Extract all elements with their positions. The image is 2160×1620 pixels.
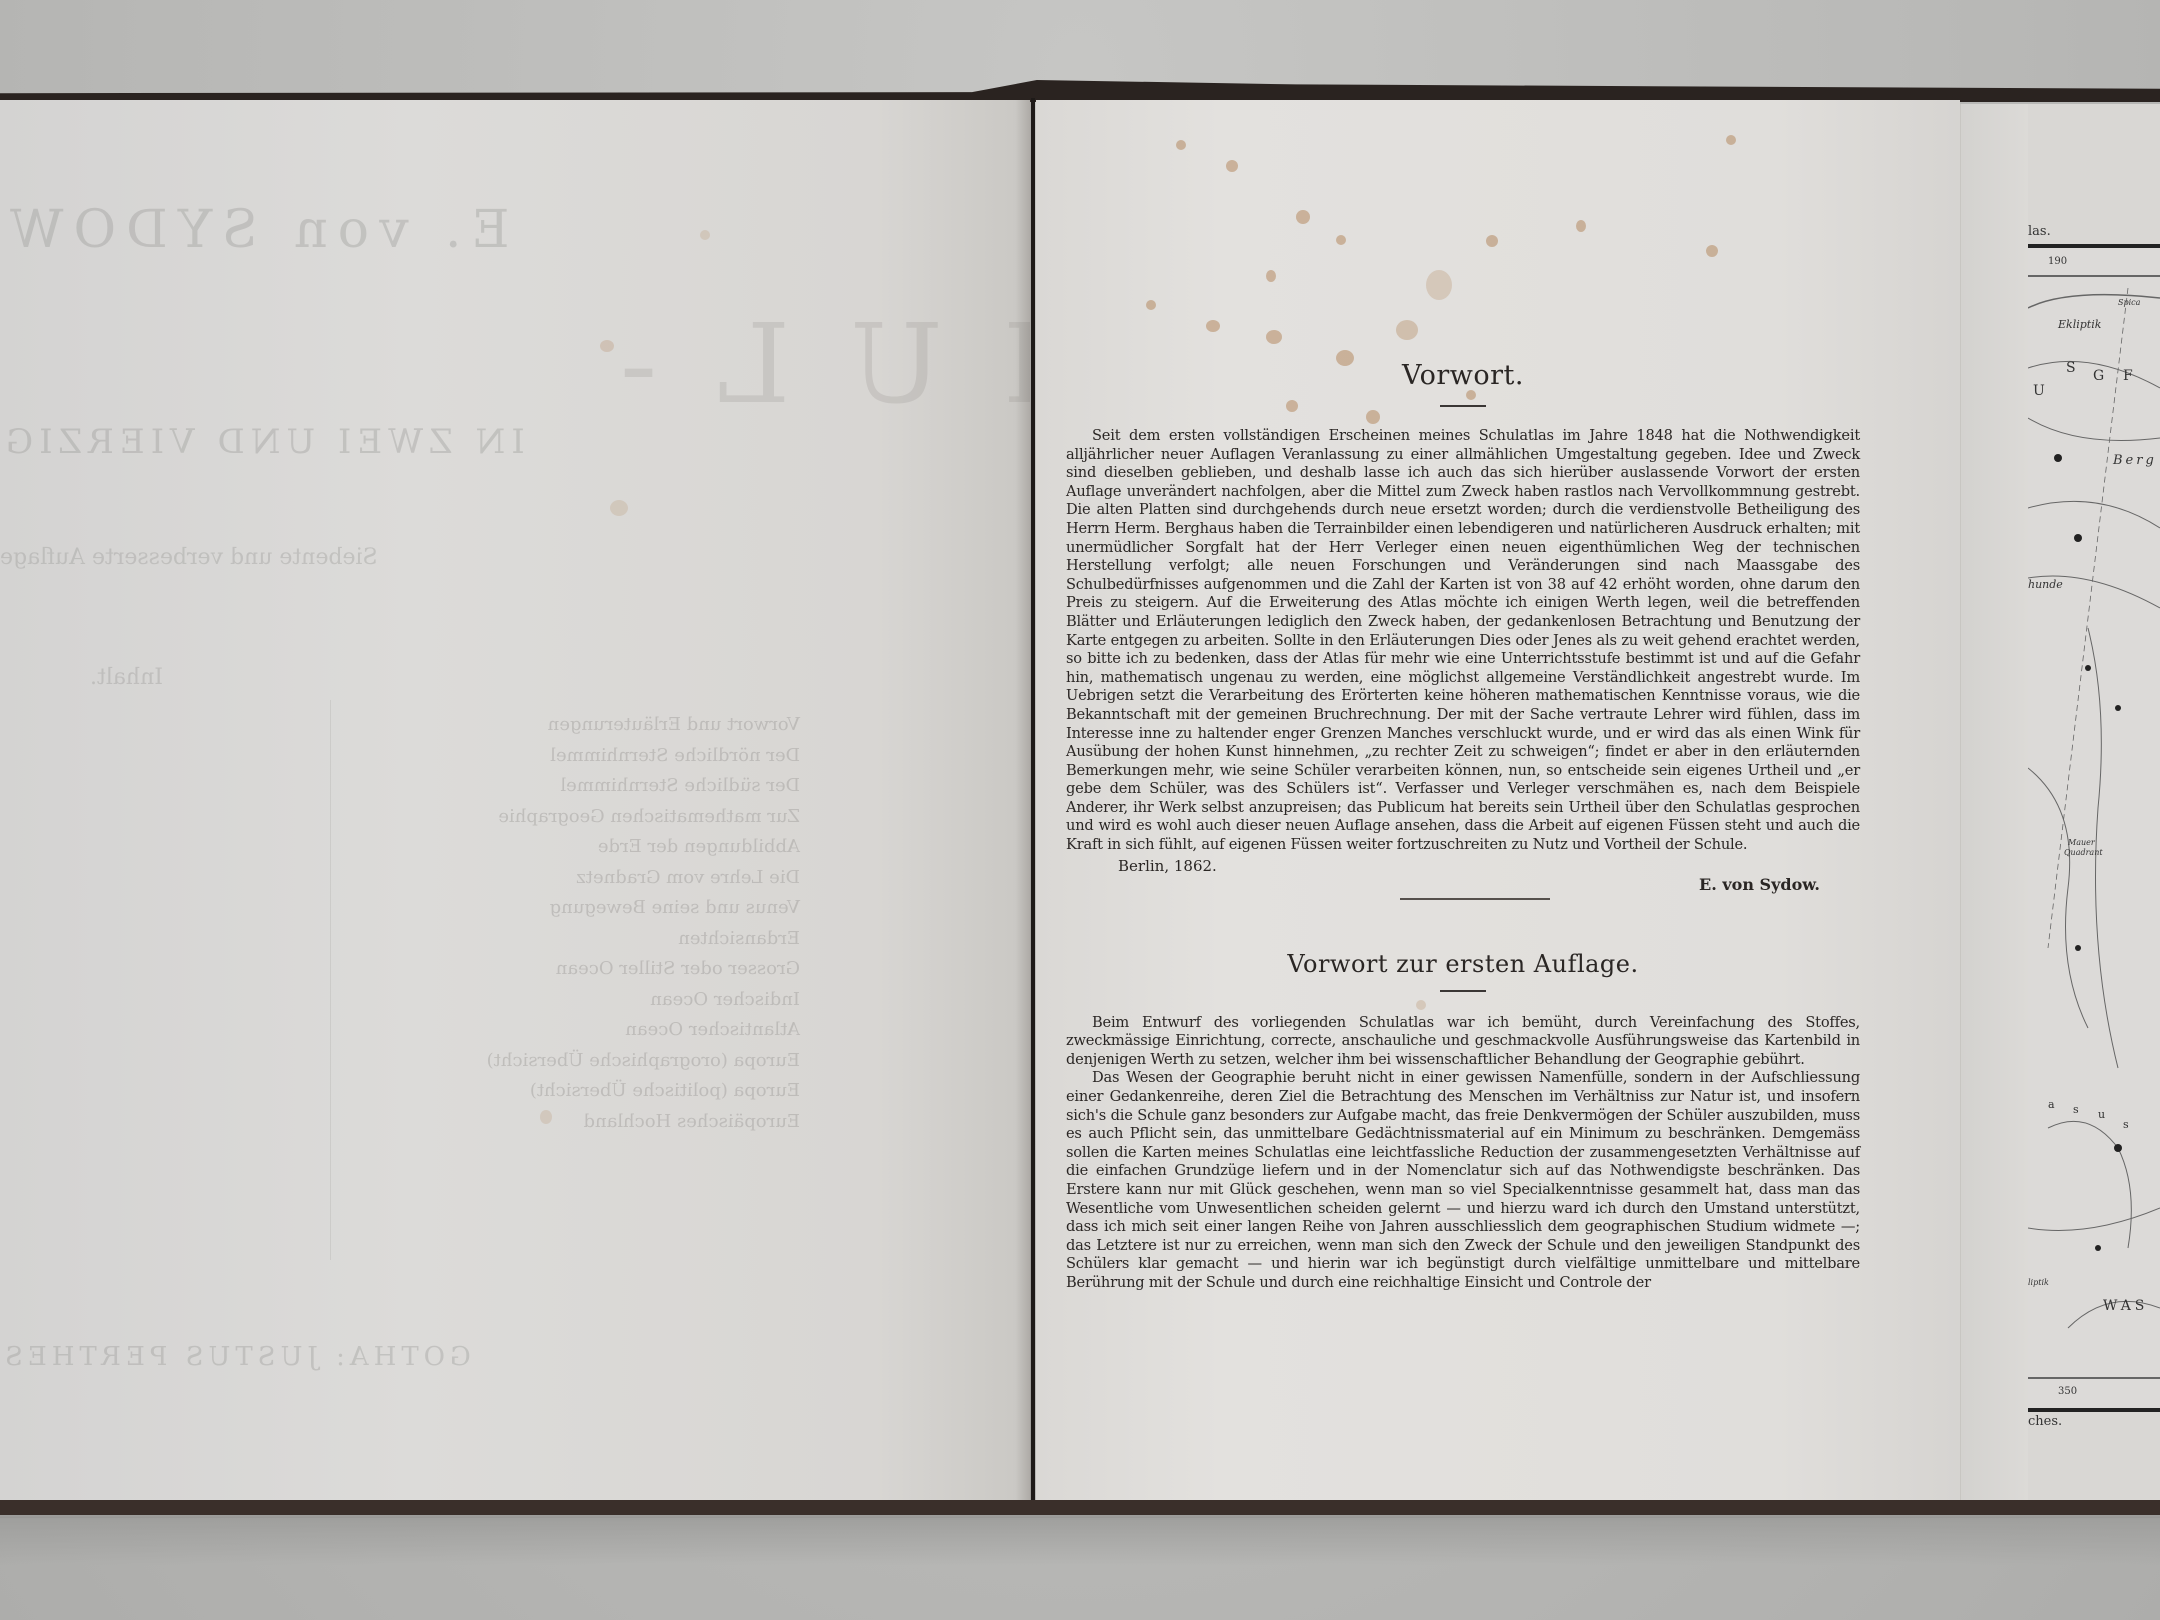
map-label: U [2033, 383, 2051, 399]
show-through-author: E. von SYDOW [0, 200, 509, 260]
foxing-spot [1226, 160, 1238, 172]
map-label: F [2123, 368, 2133, 384]
preface-heading: Vorwort. [1066, 360, 1860, 391]
map-top-caption: las. [2028, 224, 2051, 239]
map-label-ekliptik-lower: liptik [2028, 1278, 2049, 1287]
map-bottom-caption: ches. [2028, 1414, 2062, 1429]
show-through-contents-column-2 [0, 700, 331, 1260]
right-page-fold-edge [1960, 104, 2029, 1504]
foxing-spot [1266, 270, 1276, 282]
map-label: Quadrant [2064, 848, 2103, 857]
foxing-spot [1576, 220, 1586, 232]
map-label-berg: Berg [2113, 453, 2157, 468]
left-page: E. von SYDOW SCHUL- IN ZWEI UND VIERZIG … [0, 100, 1030, 1505]
star-map-fragment: las. 190 Ekliptik Spica U S [2028, 104, 2160, 1504]
contents-item: Zur mathematischen Geographie [470, 802, 800, 833]
book-gutter [1031, 98, 1035, 1508]
foxing-spot [1726, 135, 1736, 145]
heading-rule [1440, 990, 1486, 992]
map-label-was: WAS [2103, 1298, 2148, 1314]
contents-item: Venus und seine Bewegung [470, 893, 800, 924]
first-edition-paragraph: Beim Entwurf des vorliegenden Schulatlas… [1066, 1014, 1860, 1070]
foxing-spot [1486, 235, 1498, 247]
book-shadow [0, 1515, 2160, 1565]
contents-item: Erdansichten [470, 924, 800, 955]
contents-item: Die Lehre vom Gradnetz [470, 863, 800, 894]
map-label-ekliptik: Ekliptik [2058, 318, 2101, 331]
foxing-spot [1146, 300, 1156, 310]
map-label: Mauer [2068, 838, 2095, 847]
map-label: G [2093, 368, 2104, 384]
signature: E. von Sydow. [1066, 875, 1860, 894]
show-through-publisher: GOTHA: JUSTUS PERTHES [0, 1342, 471, 1372]
map-frame: 190 Ekliptik Spica U S G F Berg Mauer Qu… [2028, 244, 2160, 1412]
map-scale-top: 190 [2048, 256, 2067, 267]
contents-item: Abbildungen der Erde [470, 832, 800, 863]
show-through-subtitle: IN ZWEI UND VIERZIG [0, 422, 525, 462]
contents-item: Der südliche Sternhimmel [470, 771, 800, 802]
contents-item: Europa (politische Übersicht) [470, 1076, 800, 1107]
map-label: s [2073, 1103, 2079, 1116]
map-label: u [2098, 1108, 2105, 1121]
show-through-title: SCHUL- [560, 300, 1030, 428]
map-scale-bottom: 350 [2058, 1386, 2077, 1397]
contents-item: Grosser oder Stiller Ocean [470, 954, 800, 985]
map-label-hunde: hunde [2028, 578, 2063, 591]
place-date: Berlin, 1862. [1118, 857, 1860, 875]
show-through-edition: Siebente und verbesserte Auflage [0, 545, 378, 570]
foxing-spot [600, 340, 614, 352]
contents-item: Europäisches Hochland [470, 1107, 800, 1138]
foxing-spot [1336, 235, 1346, 245]
contents-item: Atlantischer Ocean [470, 1015, 800, 1046]
foxing-spot [1426, 270, 1452, 300]
first-edition-paragraph: Das Wesen der Geographie beruht nicht in… [1066, 1069, 1860, 1292]
foxing-spot [1296, 210, 1310, 224]
map-label: S [2066, 360, 2076, 376]
foxing-spot [1396, 320, 1418, 340]
contents-item: Indischer Ocean [470, 985, 800, 1016]
map-label: s [2123, 1118, 2129, 1131]
show-through-contents: Vorwort und Erläuterungen Der nördliche … [470, 710, 800, 1137]
foxing-spot [1176, 140, 1186, 150]
foxing-spot [1206, 320, 1220, 332]
foxing-spot [700, 230, 710, 240]
foxing-spot [1266, 330, 1282, 344]
constellation-lines [2028, 248, 2160, 1408]
preface-text-block: Vorwort. Seit dem ersten vollständigen E… [1066, 360, 1860, 1293]
foxing-spot [1706, 245, 1718, 257]
heading-rule [1440, 405, 1486, 407]
section-separator [1400, 898, 1550, 900]
first-edition-preface-heading: Vorwort zur ersten Auflage. [1066, 950, 1860, 978]
foxing-spot [540, 1110, 552, 1124]
contents-item: Der nördliche Sternhimmel [470, 741, 800, 772]
contents-item: Europa (orographische Übersicht) [470, 1046, 800, 1077]
preface-paragraph: Seit dem ersten vollständigen Erscheinen… [1066, 427, 1860, 855]
show-through-contents-heading: Inhalt. [90, 665, 163, 690]
map-label: a [2048, 1098, 2055, 1111]
foxing-spot [610, 500, 628, 516]
map-label-spica: Spica [2118, 298, 2140, 307]
contents-item: Vorwort und Erläuterungen [470, 710, 800, 741]
